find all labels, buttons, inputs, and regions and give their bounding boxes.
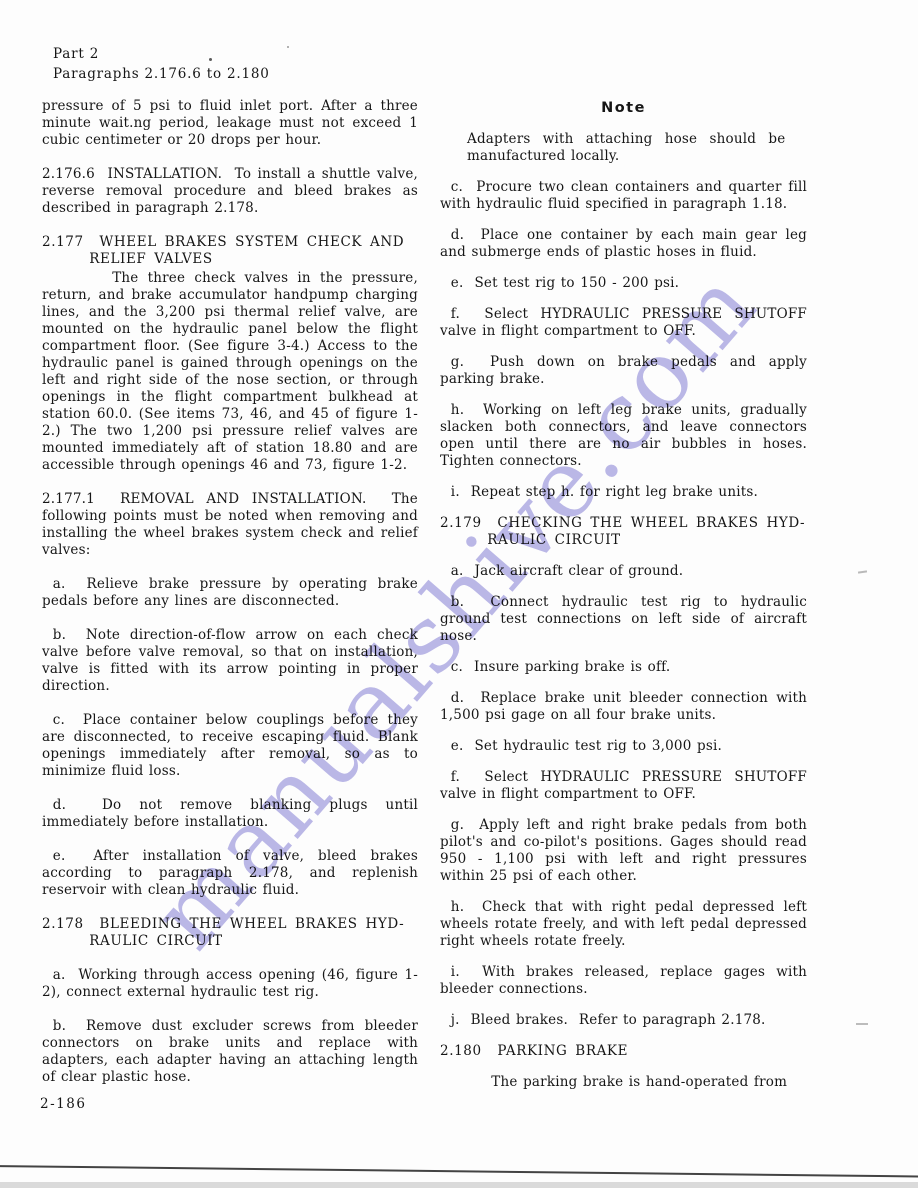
procedure-step: a. Relieve brake pressure by operating b… (42, 576, 418, 610)
procedure-step: h. Working on left leg brake units, grad… (440, 402, 807, 470)
procedure-step: c. Place container below couplings befor… (42, 712, 418, 780)
paragraph: The three check valves in the pressure, … (42, 270, 418, 474)
header-part-label: Part 2 (53, 46, 99, 62)
procedure-step: b. Connect hydraulic test rig to hydraul… (440, 594, 807, 645)
procedure-step: b. Note direction-of-flow arrow on each … (42, 627, 418, 695)
procedure-step: d. Do not remove blanking plugs until im… (42, 797, 418, 831)
scan-artifact-dot (209, 58, 212, 61)
paragraph: 2.177.1 REMOVAL AND INSTALLATION. The fo… (42, 491, 418, 559)
section-heading: 2.179 CHECKING THE WHEEL BRAKES HYD- RAU… (440, 515, 807, 549)
procedure-step: f. Select HYDRAULIC PRESSURE SHUTOFF val… (440, 306, 807, 340)
procedure-step: d. Replace brake unit bleeder connection… (440, 690, 807, 724)
header-paragraph-range: Paragraphs 2.176.6 to 2.180 (53, 66, 270, 82)
procedure-step: f. Select HYDRAULIC PRESSURE SHUTOFF val… (440, 769, 807, 803)
left-column: pressure of 5 psi to fluid inlet port. A… (42, 98, 418, 1103)
procedure-step: i. Repeat step h. for right leg brake un… (440, 484, 807, 501)
procedure-step: h. Check that with right pedal depressed… (440, 899, 807, 950)
procedure-step: e. After installation of valve, bleed br… (42, 848, 418, 899)
note-heading: Note (440, 100, 807, 117)
procedure-step: b. Remove dust excluder screws from blee… (42, 1018, 418, 1086)
right-column: NoteAdapters with attaching hose should … (440, 100, 807, 1105)
paragraph: 2.176.6 INSTALLATION. To install a shutt… (42, 166, 418, 217)
procedure-step: e. Set hydraulic test rig to 3,000 psi. (440, 738, 807, 755)
procedure-step: e. Set test rig to 150 - 200 psi. (440, 275, 807, 292)
manual-page: Part 2Paragraphs 2.176.6 to 2.180 pressu… (0, 0, 918, 1188)
scan-artifact-mark (858, 570, 867, 573)
scan-artifact-dot (287, 46, 289, 48)
paragraph: pressure of 5 psi to fluid inlet port. A… (42, 98, 418, 149)
procedure-step: a. Jack aircraft clear of ground. (440, 563, 807, 580)
page-header: Part 2Paragraphs 2.176.6 to 2.180 (53, 44, 270, 84)
procedure-step: a. Working through access opening (46, f… (42, 967, 418, 1001)
section-heading: 2.177 WHEEL BRAKES SYSTEM CHECK AND RELI… (42, 234, 418, 268)
procedure-step: g. Apply left and right brake pedals fro… (440, 817, 807, 885)
section-heading: 2.178 BLEEDING THE WHEEL BRAKES HYD- RAU… (42, 916, 418, 950)
scan-artifact-mark (856, 1023, 868, 1025)
page-bottom-edge (0, 1182, 918, 1188)
procedure-step: g. Push down on brake pedals and apply p… (440, 354, 807, 388)
section-heading: 2.180 PARKING BRAKE (440, 1043, 807, 1060)
procedure-step: i. With brakes released, replace gages w… (440, 964, 807, 998)
note-paragraph: Adapters with attaching hose should be m… (440, 131, 807, 165)
procedure-step: c. Procure two clean containers and quar… (440, 179, 807, 213)
procedure-step: j. Bleed brakes. Refer to paragraph 2.17… (440, 1012, 807, 1029)
scan-edge-line (0, 1165, 918, 1178)
procedure-step: c. Insure parking brake is off. (440, 659, 807, 676)
paragraph: The parking brake is hand-operated from (440, 1074, 807, 1091)
procedure-step: d. Place one container by each main gear… (440, 227, 807, 261)
